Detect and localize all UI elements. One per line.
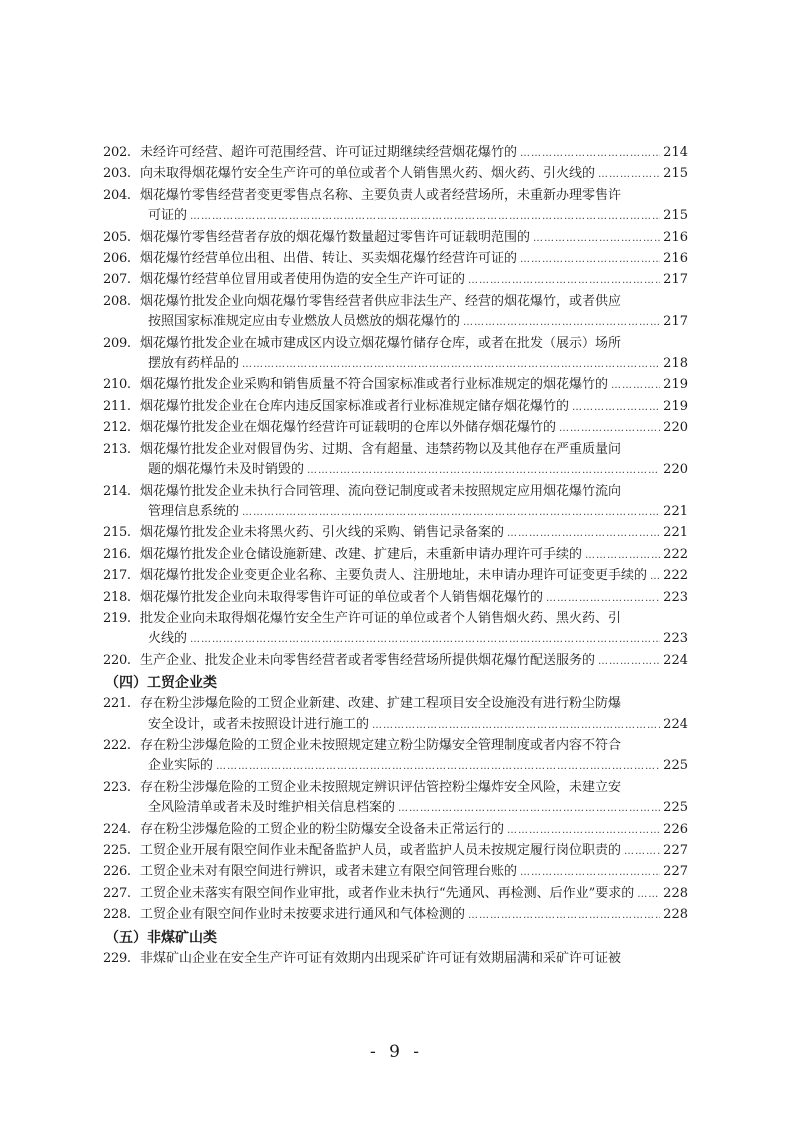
entry-number: 224. <box>103 820 140 840</box>
toc-entry[interactable]: 211.烟花爆竹批发企业在仓库内违反国家标准或者行业标准规定储存烟花爆竹的219 <box>103 397 688 418</box>
entry-text: 存在粉尘涉爆危险的工贸企业的粉尘防爆安全设备未正常运行的 <box>140 820 504 840</box>
toc-entry[interactable]: 202.未经许可经营、超许可范围经营、许可证过期继续经营烟花爆竹的214 <box>103 143 688 164</box>
entry-page-number: 228 <box>663 905 688 925</box>
entry-text: 烟花爆竹零售经营者存放的烟花爆竹数量超过零售许可证载明范围的 <box>140 228 530 248</box>
entry-number: 213. <box>103 440 140 460</box>
entry-text: 题的烟花爆竹未及时销毁的 <box>148 460 304 480</box>
dot-leader <box>307 460 660 481</box>
dot-leader <box>598 651 660 672</box>
page-number: - 9 - <box>0 1042 793 1062</box>
entry-page-number: 228 <box>663 884 688 904</box>
entry-number: 220. <box>103 651 140 671</box>
dot-leader <box>520 249 660 270</box>
dot-leader <box>190 629 660 650</box>
dot-leader <box>242 502 660 523</box>
toc-entry[interactable]: 225.工贸企业开展有限空间作业未配备监护人员，或者监护人员未按规定履行岗位职责… <box>103 841 688 862</box>
toc-entry[interactable]: 209.烟花爆竹批发企业在城市建成区内设立烟花爆竹储存仓库，或者在批发（展示）场… <box>103 334 688 376</box>
dot-leader <box>546 588 660 609</box>
entry-page-number: 217 <box>663 312 688 332</box>
entry-number: 204. <box>103 186 140 206</box>
entry-number: 207. <box>103 270 140 290</box>
entry-page-number: 225 <box>663 756 688 776</box>
toc-entry[interactable]: 223.存在粉尘涉爆危险的工贸企业未按照规定辨识评估管控粉尘爆炸安全风险，未建立… <box>103 778 688 820</box>
toc-entry[interactable]: 208.烟花爆竹批发企业向烟花爆竹零售经营者供应非法生产、经营的烟花爆竹，或者供… <box>103 292 688 334</box>
entry-number: 211. <box>103 397 140 417</box>
dot-leader <box>507 523 660 544</box>
entry-number: 210. <box>103 375 140 395</box>
entry-text: 火线的 <box>148 629 187 649</box>
dot-leader <box>242 354 660 375</box>
dot-leader <box>463 312 660 333</box>
entry-number: 209. <box>103 334 140 354</box>
entry-page-number: 224 <box>663 715 688 735</box>
toc-entry[interactable]: 224.存在粉尘涉爆危险的工贸企业的粉尘防爆安全设备未正常运行的226 <box>103 820 688 841</box>
entry-text: 存在粉尘涉爆危险的工贸企业未按照规定辨识评估管控粉尘爆炸安全风险，未建立安 <box>140 778 621 798</box>
dot-leader <box>598 164 660 185</box>
entry-number: 203. <box>103 164 140 184</box>
entry-text: 企业实际的 <box>148 756 213 776</box>
dot-leader <box>216 756 660 777</box>
dot-leader <box>533 228 660 249</box>
fireworks-entries: 202.未经许可经营、超许可范围经营、许可证过期继续经营烟花爆竹的214203.… <box>103 143 688 672</box>
toc-entry[interactable]: 205.烟花爆竹零售经营者存放的烟花爆竹数量超过零售许可证载明范围的216 <box>103 228 688 249</box>
entry-number: 226. <box>103 862 140 882</box>
toc-entry[interactable]: 204.烟花爆竹零售经营者变更零售点名称、主要负责人或者经营场所，未重新办理零售… <box>103 186 688 228</box>
entry-number: 216. <box>103 545 140 565</box>
dot-leader <box>559 418 660 439</box>
dot-leader <box>520 862 660 883</box>
entry-text: 工贸企业开展有限空间作业未配备监护人员，或者监护人员未按规定履行岗位职责的 <box>140 841 621 861</box>
entry-number: 215. <box>103 523 140 543</box>
entry-page-number: 221 <box>663 523 688 543</box>
entry-text: 向未取得烟花爆竹安全生产许可的单位或者个人销售黑火药、烟火药、引火线的 <box>140 164 595 184</box>
entry-page-number: 226 <box>663 820 688 840</box>
entry-page-number: 220 <box>663 418 688 438</box>
entry-text: 烟花爆竹批发企业未将黑火药、引火线的采购、销售记录备案的 <box>140 523 504 543</box>
entry-text: 工贸企业有限空间作业时未按要求进行通风和气体检测的 <box>140 905 465 925</box>
entry-number: 227. <box>103 884 140 904</box>
toc-entry[interactable]: 222.存在粉尘涉爆危险的工贸企业未按照规定建立粉尘防爆安全管理制度或者内容不符… <box>103 736 688 778</box>
toc-entry[interactable]: 229. 非煤矿山企业在安全生产许可证有效期内出现采矿许可证有效期届满和采矿许可… <box>103 949 688 969</box>
entry-text: 烟花爆竹批发企业采购和销售质量不符合国家标准或者行业标准规定的烟花爆竹的 <box>140 375 608 395</box>
entry-page-number: 218 <box>663 354 688 374</box>
dot-leader <box>650 566 660 587</box>
toc-entry[interactable]: 212.烟花爆竹批发企业在烟花爆竹经营许可证载明的仓库以外储存烟花爆竹的220 <box>103 418 688 439</box>
industry-trade-entries: 221.存在粉尘涉爆危险的工贸企业新建、改建、扩建工程项目安全设施没有进行粉尘防… <box>103 694 688 926</box>
entry-text: 按照国家标准规定应由专业燃放人员燃放的烟花爆竹的 <box>148 312 460 332</box>
dot-leader <box>572 397 660 418</box>
entry-page-number: 227 <box>663 841 688 861</box>
entry-text: 摆放有药样品的 <box>148 354 239 374</box>
toc-entry[interactable]: 213.烟花爆竹批发企业对假冒伪劣、过期、含有超量、违禁药物以及其他存在严重质量… <box>103 440 688 482</box>
entry-text: 工贸企业未对有限空间进行辨识，或者未建立有限空间管理台账的 <box>140 862 517 882</box>
entry-number: 222. <box>103 736 140 756</box>
entry-page-number: 216 <box>663 228 688 248</box>
dot-leader <box>190 206 660 227</box>
entry-text: 烟花爆竹批发企业向烟花爆竹零售经营者供应非法生产、经营的烟花爆竹，或者供应 <box>140 292 621 312</box>
toc-entry[interactable]: 214.烟花爆竹批发企业未执行合同管理、流向登记制度或者未按照规定应用烟花爆竹流… <box>103 482 688 524</box>
entry-number: 219. <box>103 609 140 629</box>
toc-entry[interactable]: 210.烟花爆竹批发企业采购和销售质量不符合国家标准或者行业标准规定的烟花爆竹的… <box>103 375 688 396</box>
entry-page-number: 215 <box>663 206 688 226</box>
dot-leader <box>520 143 660 164</box>
dot-leader <box>637 884 660 905</box>
toc-entry[interactable]: 206.烟花爆竹经营单位出租、出借、转让、买卖烟花爆竹经营许可证的216 <box>103 249 688 270</box>
entry-page-number: 223 <box>663 588 688 608</box>
toc-entry[interactable]: 215.烟花爆竹批发企业未将黑火药、引火线的采购、销售记录备案的221 <box>103 523 688 544</box>
entry-number: 205. <box>103 228 140 248</box>
entry-text: 烟花爆竹批发企业变更企业名称、主要负责人、注册地址，未申请办理许可证变更手续的 <box>140 566 647 586</box>
entry-text: 烟花爆竹批发企业在城市建成区内设立烟花爆竹储存仓库，或者在批发（展示）场所 <box>140 334 621 354</box>
entry-number: 225. <box>103 841 140 861</box>
dot-leader <box>585 545 660 566</box>
entry-page-number: 220 <box>663 460 688 480</box>
toc-entry[interactable]: 219.批发企业向未取得烟花爆竹安全生产许可证的单位或者个人销售烟火药、黑火药、… <box>103 609 688 651</box>
entry-text: 管理信息系统的 <box>148 502 239 522</box>
entry-text: 烟花爆竹经营单位出租、出借、转让、买卖烟花爆竹经营许可证的 <box>140 249 517 269</box>
entry-text: 存在粉尘涉爆危险的工贸企业未按照规定建立粉尘防爆安全管理制度或者内容不符合 <box>140 736 621 756</box>
toc-entry[interactable]: 216.烟花爆竹批发企业仓储设施新建、改建、扩建后，未重新申请办理许可手续的22… <box>103 545 688 566</box>
entry-text: 可证的 <box>148 206 187 226</box>
entry-page-number: 219 <box>663 397 688 417</box>
entry-text: 批发企业向未取得烟花爆竹安全生产许可证的单位或者个人销售烟火药、黑火药、引 <box>140 609 621 629</box>
toc-entry[interactable]: 220.生产企业、批发企业未向零售经营者或者零售经营场所提供烟花爆竹配送服务的2… <box>103 651 688 672</box>
entry-text: 存在粉尘涉爆危险的工贸企业新建、改建、扩建工程项目安全设施没有进行粉尘防爆 <box>140 694 621 714</box>
entry-text: 未经许可经营、超许可范围经营、许可证过期继续经营烟花爆竹的 <box>140 143 517 163</box>
entry-text: 烟花爆竹零售经营者变更零售点名称、主要负责人或者经营场所，未重新办理零售许 <box>140 186 621 206</box>
entry-page-number: 227 <box>663 862 688 882</box>
entry-text: 生产企业、批发企业未向零售经营者或者零售经营场所提供烟花爆竹配送服务的 <box>140 651 595 671</box>
entry-number: 202. <box>103 143 140 163</box>
entry-page-number: 223 <box>663 629 688 649</box>
toc-entry[interactable]: 221.存在粉尘涉爆危险的工贸企业新建、改建、扩建工程项目安全设施没有进行粉尘防… <box>103 694 688 736</box>
entry-page-number: 214 <box>663 143 688 163</box>
entry-text: 烟花爆竹批发企业未执行合同管理、流向登记制度或者未按照规定应用烟花爆竹流向 <box>140 482 621 502</box>
entry-text: 安全设计，或者未按照设计进行施工的 <box>148 715 369 735</box>
entry-number: 223. <box>103 778 140 798</box>
entry-text: 烟花爆竹批发企业仓储设施新建、改建、扩建后，未重新申请办理许可手续的 <box>140 545 582 565</box>
entry-page-number: 219 <box>663 375 688 395</box>
entry-number: 212. <box>103 418 140 438</box>
entry-text: 烟花爆竹批发企业在仓库内违反国家标准或者行业标准规定储存烟花爆竹的 <box>140 397 569 417</box>
entry-page-number: 222 <box>663 566 688 586</box>
entry-page-number: 215 <box>663 164 688 184</box>
entry-text: 全风险清单或者未及时维护相关信息档案的 <box>148 798 395 818</box>
entry-page-number: 224 <box>663 651 688 671</box>
entry-text: 烟花爆竹批发企业向未取得零售许可证的单位或者个人销售烟花爆竹的 <box>140 588 543 608</box>
entry-number: 228. <box>103 905 140 925</box>
entry-text: 烟花爆竹批发企业对假冒伪劣、过期、含有超量、违禁药物以及其他存在严重质量问 <box>140 440 621 460</box>
toc-entry[interactable]: 227.工贸企业未落实有限空间作业审批，或者作业未执行“先通风、再检测、后作业”… <box>103 884 688 905</box>
entry-number: 229. <box>103 949 140 969</box>
toc-entry[interactable]: 228.工贸企业有限空间作业时未按要求进行通风和气体检测的228 <box>103 905 688 926</box>
entry-page-number: 225 <box>663 798 688 818</box>
toc-entry[interactable]: 218.烟花爆竹批发企业向未取得零售许可证的单位或者个人销售烟花爆竹的223 <box>103 588 688 609</box>
entry-text: 烟花爆竹批发企业在烟花爆竹经营许可证载明的仓库以外储存烟花爆竹的 <box>140 418 556 438</box>
dot-leader <box>507 820 660 841</box>
entry-page-number: 221 <box>663 502 688 522</box>
dot-leader <box>468 905 660 926</box>
entry-page-number: 222 <box>663 545 688 565</box>
section-heading-industry-trade: （四）工贸企业类 <box>105 673 688 694</box>
dot-leader <box>372 715 660 736</box>
entry-number: 206. <box>103 249 140 269</box>
entry-number: 221. <box>103 694 140 714</box>
entry-page-number: 216 <box>663 249 688 269</box>
dot-leader <box>468 270 660 291</box>
toc-entry[interactable]: 207.烟花爆竹经营单位冒用或者使用伪造的安全生产许可证的217 <box>103 270 688 291</box>
dot-leader <box>398 798 660 819</box>
entry-text: 工贸企业未落实有限空间作业审批，或者作业未执行“先通风、再检测、后作业”要求的 <box>140 884 634 904</box>
toc-entry[interactable]: 217.烟花爆竹批发企业变更企业名称、主要负责人、注册地址，未申请办理许可证变更… <box>103 566 688 587</box>
entry-page-number: 217 <box>663 270 688 290</box>
entry-number: 214. <box>103 482 140 502</box>
entry-text: 非煤矿山企业在安全生产许可证有效期内出现采矿许可证有效期届满和采矿许可证被 <box>140 949 621 969</box>
entry-text: 烟花爆竹经营单位冒用或者使用伪造的安全生产许可证的 <box>140 270 465 290</box>
toc-entry[interactable]: 203.向未取得烟花爆竹安全生产许可的单位或者个人销售黑火药、烟火药、引火线的2… <box>103 164 688 185</box>
dot-leader <box>611 375 660 396</box>
toc-entry[interactable]: 226.工贸企业未对有限空间进行辨识，或者未建立有限空间管理台账的227 <box>103 862 688 883</box>
dot-leader <box>624 841 660 862</box>
entry-number: 217. <box>103 566 140 586</box>
section-heading-non-coal-mines: （五）非煤矿山类 <box>105 928 688 949</box>
entry-number: 208. <box>103 292 140 312</box>
table-of-contents: 202.未经许可经营、超许可范围经营、许可证过期继续经营烟花爆竹的214203.… <box>103 143 688 969</box>
entry-number: 218. <box>103 588 140 608</box>
